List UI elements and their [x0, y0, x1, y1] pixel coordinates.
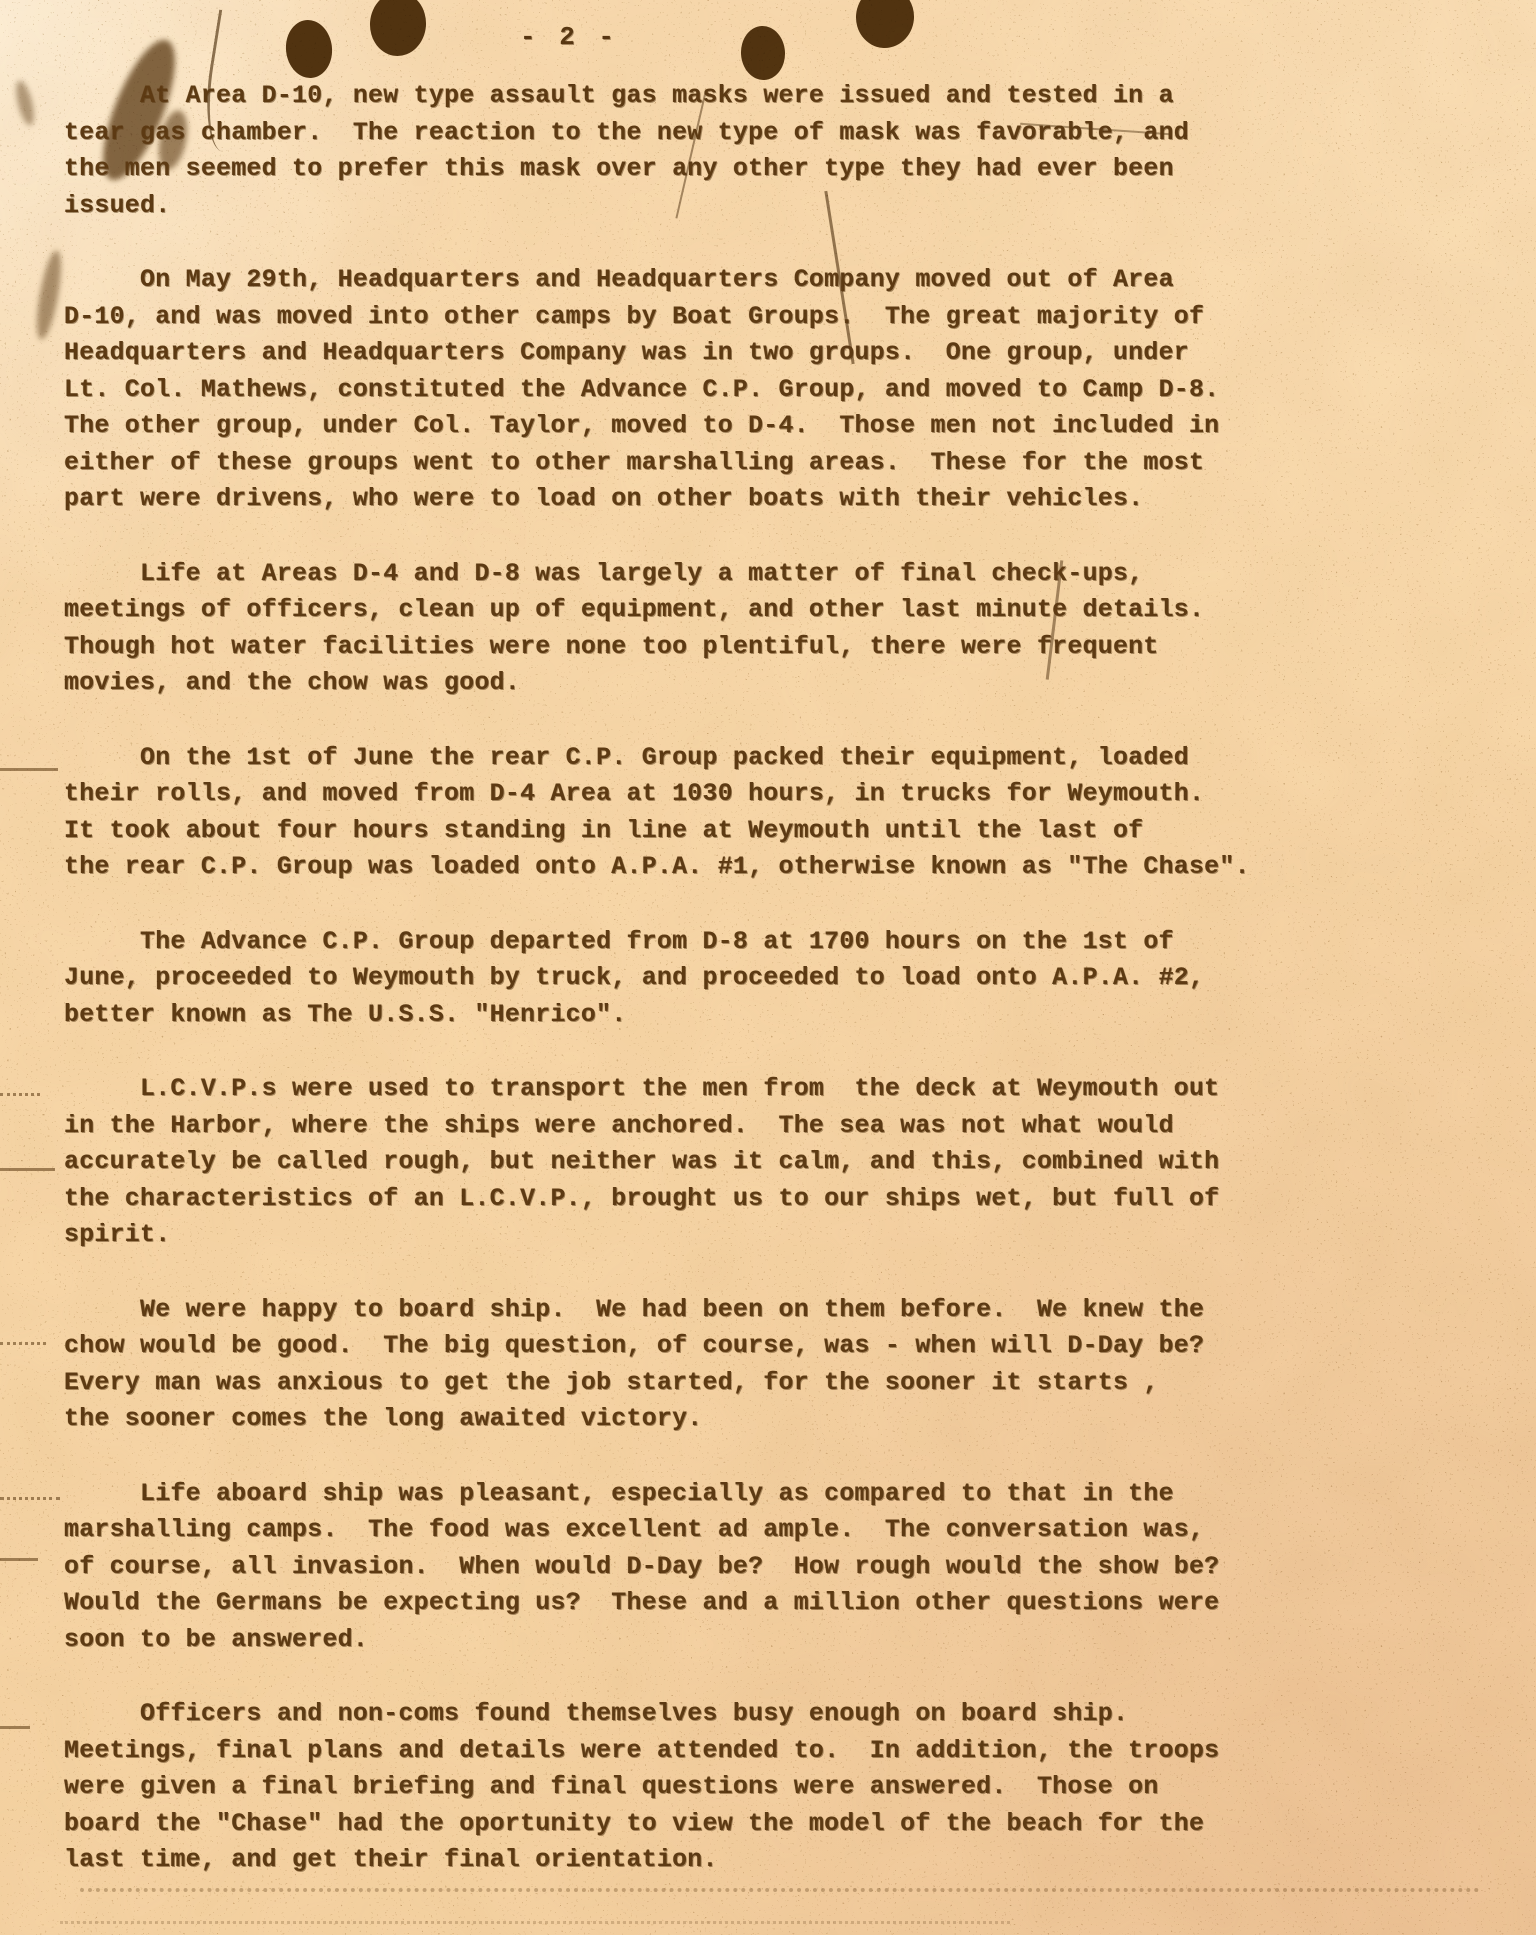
margin-mark — [0, 768, 58, 771]
ink-blot — [368, 0, 428, 58]
ink-blot — [740, 25, 787, 81]
ink-blot — [853, 0, 916, 50]
paragraph-1: At Area D-10, new type assault gas masks… — [64, 78, 1254, 224]
paragraph-4: On the 1st of June the rear C.P. Group p… — [64, 740, 1254, 886]
page-number: - 2 - — [520, 22, 618, 52]
ink-blot — [283, 18, 335, 80]
paragraph-6: L.C.V.P.s were used to transport the men… — [64, 1071, 1254, 1254]
margin-mark — [0, 1497, 60, 1500]
paragraph-7: We were happy to board ship. We had been… — [64, 1292, 1254, 1438]
paragraph-5: The Advance C.P. Group departed from D-8… — [64, 924, 1254, 1034]
paragraph-9: Officers and non-coms found themselves b… — [64, 1696, 1254, 1879]
ink-smudge — [32, 249, 65, 341]
bottom-artifact-line — [60, 1921, 1010, 1924]
margin-mark — [0, 1342, 46, 1345]
paragraph-2: On May 29th, Headquarters and Headquarte… — [64, 262, 1254, 518]
document-page: - 2 - At Area D-10, new type assault gas… — [0, 0, 1536, 1935]
ink-smudge — [13, 79, 38, 127]
paragraph-3: Life at Areas D-4 and D-8 was largely a … — [64, 556, 1254, 702]
margin-mark — [0, 1168, 55, 1171]
paragraph-8: Life aboard ship was pleasant, especiall… — [64, 1476, 1254, 1659]
margin-mark — [0, 1726, 30, 1729]
margin-mark — [0, 1093, 40, 1096]
document-body: At Area D-10, new type assault gas masks… — [64, 78, 1254, 1917]
margin-mark — [0, 1558, 38, 1561]
